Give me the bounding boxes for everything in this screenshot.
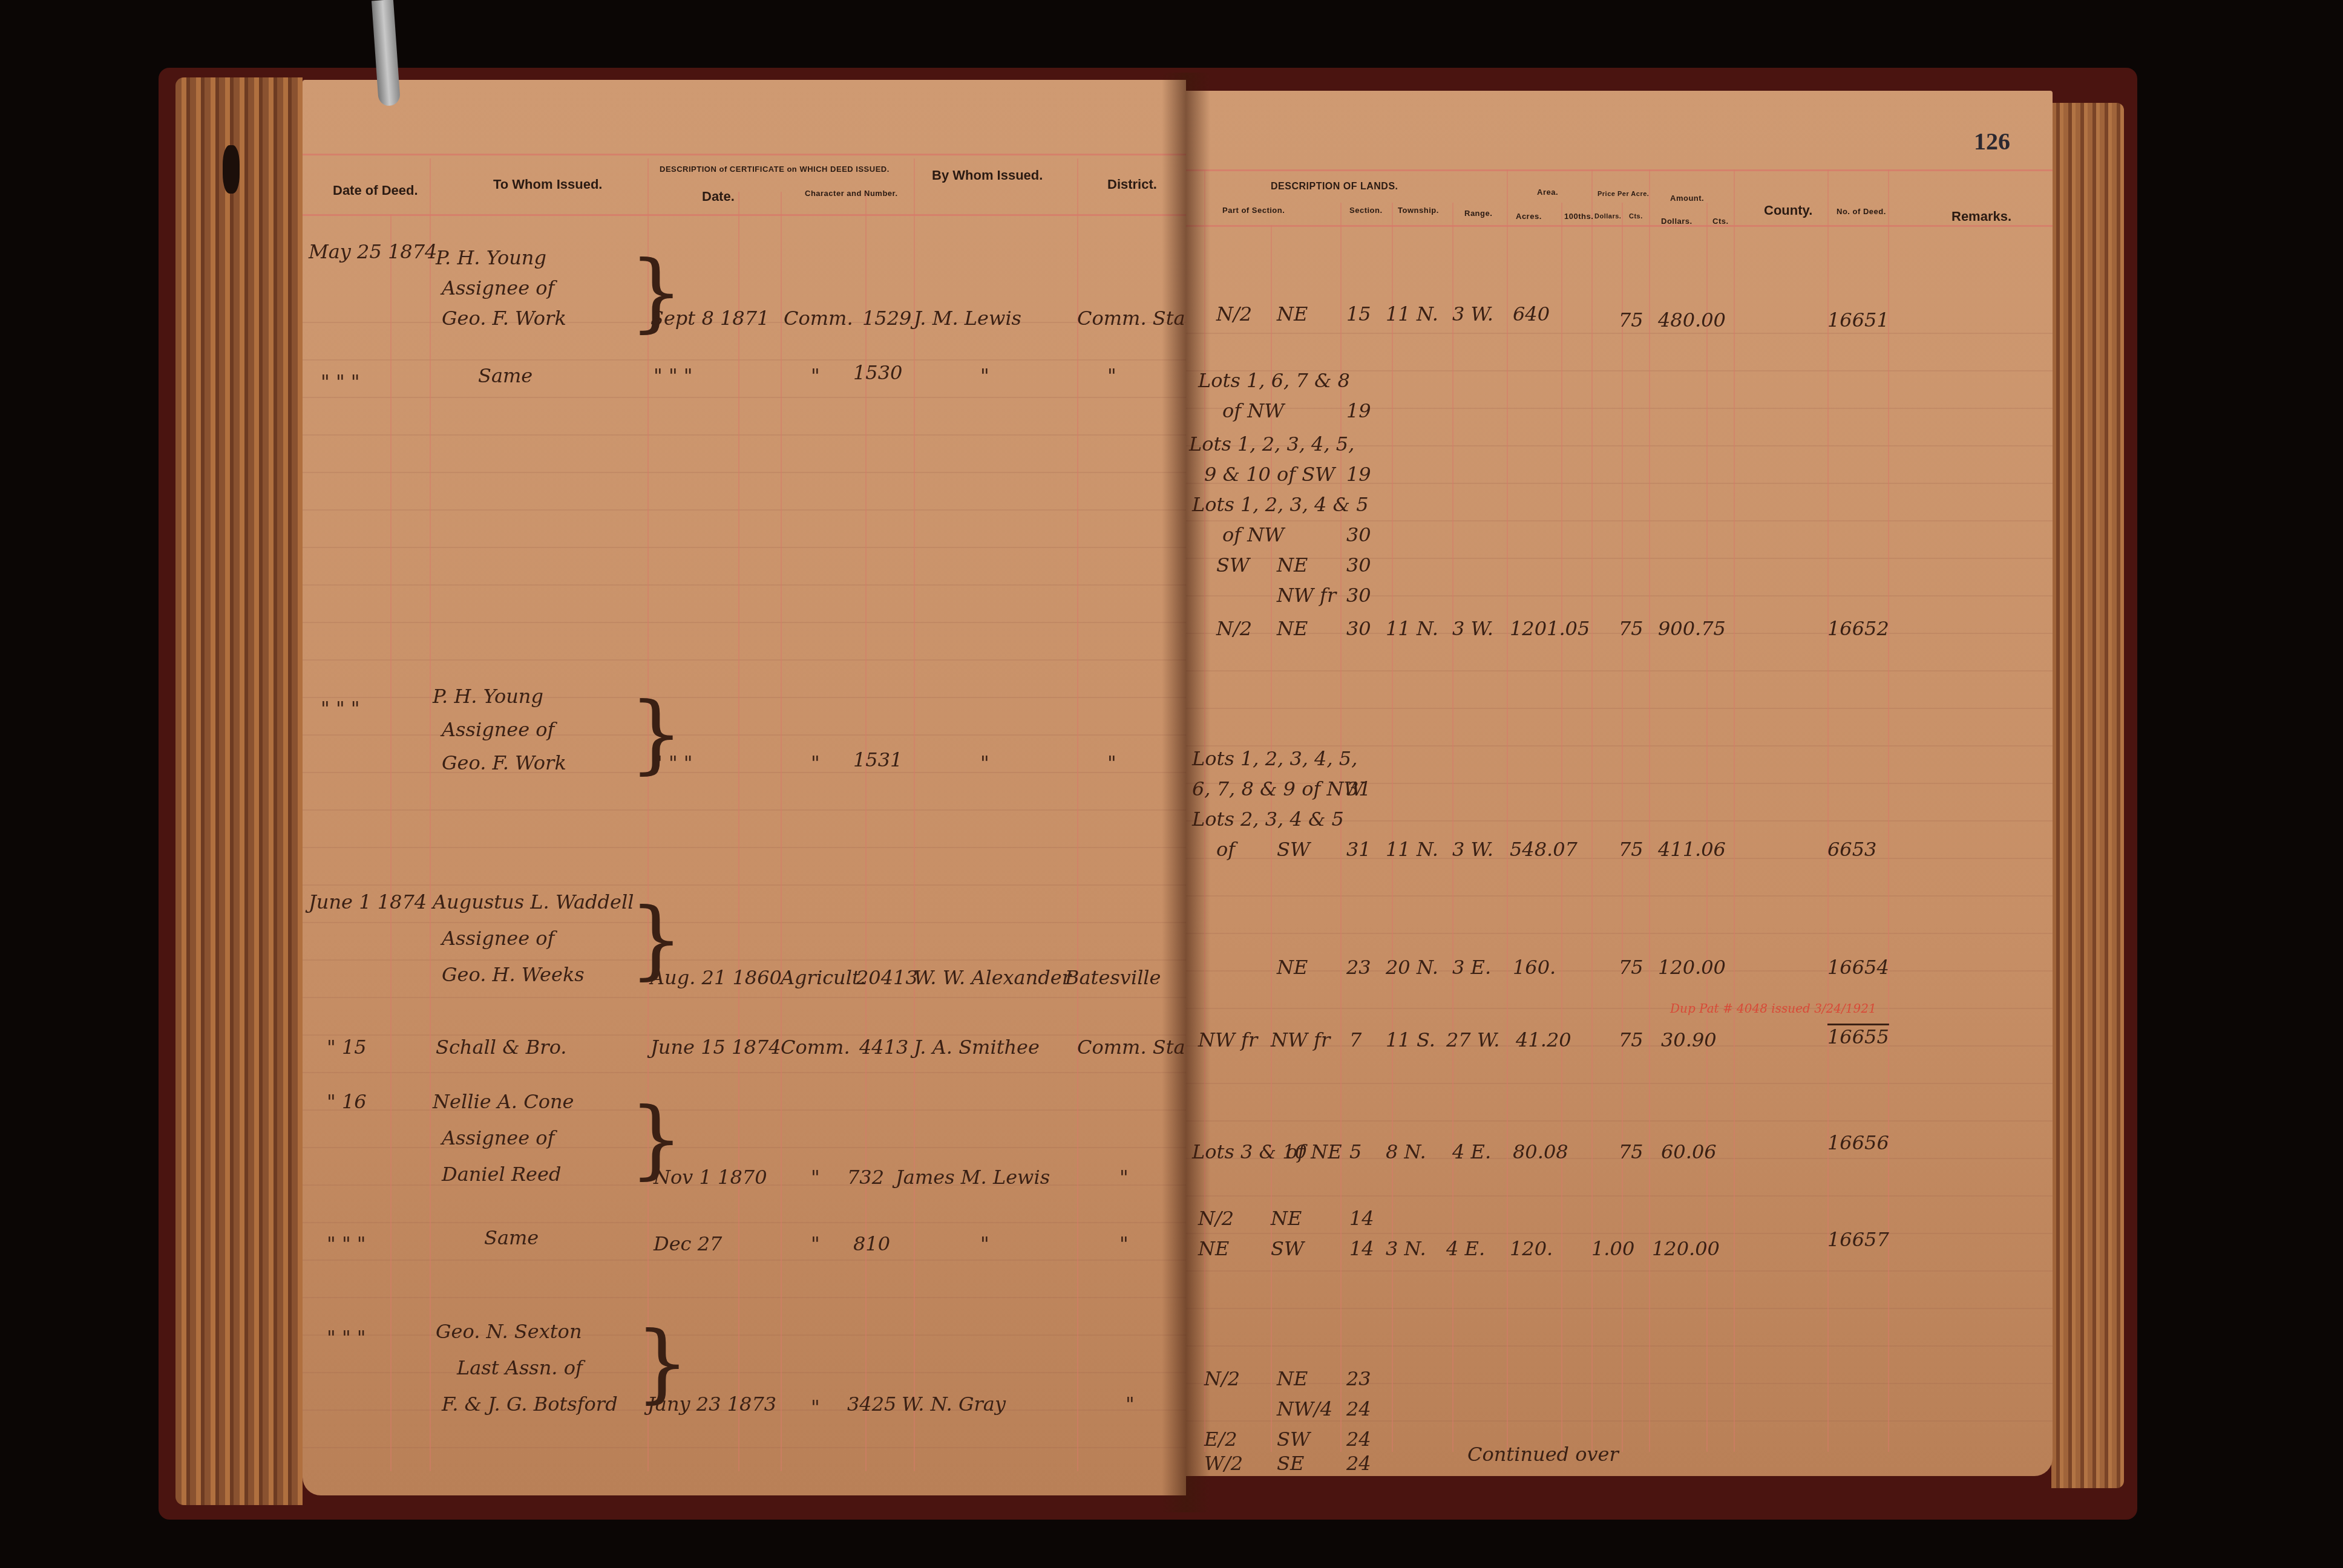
entry-3-district: " xyxy=(1107,751,1116,774)
entry-8-land-1-section: 23 xyxy=(1346,1367,1371,1390)
entry-2-land-1-part: Lots 1, 6, 7 & 8 xyxy=(1198,369,1350,392)
entry-7-range: 4 E. xyxy=(1446,1237,1485,1260)
entry-2-land-5-section: 30 xyxy=(1346,584,1371,607)
entry-8-district: " xyxy=(1126,1393,1135,1416)
header-price-cts: Cts. xyxy=(1629,213,1643,220)
entry-4-township: 20 N. xyxy=(1386,956,1438,979)
entry-7-deed-no: 16657 xyxy=(1827,1228,1889,1251)
entry-2-acres: 1201.05 xyxy=(1510,617,1590,640)
entry-5-deed-no: 16655 xyxy=(1827,1025,1889,1048)
entry-6-grantee-line2: Assignee of xyxy=(442,1126,554,1149)
entry-1-grantee-line2: Assignee of xyxy=(442,276,554,299)
header-remarks: Remarks. xyxy=(1951,209,2011,224)
entry-5-part: NW fr xyxy=(1198,1028,1257,1051)
entry-5-by-whom: J. A. Smithee xyxy=(914,1036,1040,1059)
entry-5-amount: 30.90 xyxy=(1661,1028,1717,1051)
entry-7-amount: 120.00 xyxy=(1652,1237,1720,1260)
entry-5-range: 27 W. xyxy=(1446,1028,1499,1051)
entry-4-range: 3 E. xyxy=(1452,956,1491,979)
entry-4-section: 23 xyxy=(1346,956,1371,979)
header-date-of-deed: Date of Deed. xyxy=(333,183,418,198)
entry-7-township: 3 N. xyxy=(1386,1237,1426,1260)
entry-2-district: " xyxy=(1107,364,1116,387)
entry-6-township: 8 N. xyxy=(1386,1140,1426,1163)
entry-3-land-2-part: 6, 7, 8 & 9 of NW xyxy=(1192,777,1363,800)
entry-7-district: " xyxy=(1119,1232,1129,1255)
entry-2-land-4-part: SW xyxy=(1216,554,1250,577)
entry-3-land-4-part: of xyxy=(1216,838,1235,861)
entry-2-range: 3 W. xyxy=(1452,617,1493,640)
entry-1-cert-date: Sept 8 1871 xyxy=(650,307,769,330)
entry-8-land-4-part: W/2 xyxy=(1204,1452,1243,1475)
entry-8-land-3-part: E/2 xyxy=(1204,1428,1237,1451)
entry-3-cert-date: " " " xyxy=(654,751,693,774)
entry-5-quarter: NW fr xyxy=(1271,1028,1330,1051)
entry-2-township: 11 N. xyxy=(1386,617,1438,640)
left-page: Date of Deed. To Whom Issued. DESCRIPTIO… xyxy=(303,80,1186,1495)
entry-1-character: Comm. xyxy=(784,307,853,330)
entry-1-date-of-deed: May 25 1874 xyxy=(309,240,437,263)
entry-8-number: 3425 xyxy=(847,1393,896,1416)
header-price-group: Price Per Acre. xyxy=(1597,191,1649,198)
entry-2-land-3-section: 30 xyxy=(1346,523,1371,546)
entry-4-character: Agricult. xyxy=(781,966,866,989)
ink-stain xyxy=(223,145,240,194)
header-amount-cts: Cts. xyxy=(1712,217,1729,226)
entry-3-grantee: P. H. Young xyxy=(433,685,543,708)
entry-2-by-whom: " xyxy=(980,364,989,387)
entry-7-land-2-part: NE xyxy=(1198,1237,1229,1260)
entry-4-grantee: Augustus L. Waddell xyxy=(433,890,634,913)
entry-8-grantee: Geo. N. Sexton xyxy=(436,1320,582,1343)
entry-7-date-of-deed: " " " xyxy=(327,1232,366,1255)
page-edges-left xyxy=(175,77,303,1505)
entry-1-quarter: NE xyxy=(1277,302,1308,325)
entry-7-land-1-section: 14 xyxy=(1349,1207,1374,1230)
header-certificate-group: DESCRIPTION of CERTIFICATE on WHICH DEED… xyxy=(660,165,890,174)
entry-3-land-4-section: 31 xyxy=(1346,838,1371,861)
header-acres: Acres. xyxy=(1516,212,1542,221)
entry-5-price: 75 xyxy=(1619,1028,1643,1051)
entry-7-land-1-quarter: NE xyxy=(1271,1207,1302,1230)
entry-7-number: 810 xyxy=(853,1232,890,1255)
entry-3-date-of-deed: " " " xyxy=(321,697,360,720)
entry-3-township: 11 N. xyxy=(1386,838,1438,861)
header-range: Range. xyxy=(1464,209,1492,218)
entry-6-amount: 60.06 xyxy=(1661,1140,1717,1163)
entry-6-price: 75 xyxy=(1619,1140,1643,1163)
entry-8-land-3-section: 24 xyxy=(1346,1428,1371,1451)
header-hundredths: 100ths. xyxy=(1564,212,1593,221)
entry-2-land-2-quarter: 9 & 10 of SW xyxy=(1204,463,1335,486)
entry-5-grantee: Schall & Bro. xyxy=(436,1036,567,1059)
entry-8-land-4-quarter: SE xyxy=(1277,1452,1304,1475)
entry-2-deed-no: 16652 xyxy=(1827,617,1889,640)
entry-2-land-2-part: Lots 1, 2, 3, 4, 5, xyxy=(1189,433,1354,456)
entry-1-part: N/2 xyxy=(1216,302,1252,325)
entry-1-price: 75 xyxy=(1619,309,1643,332)
entry-6-character: " xyxy=(811,1166,820,1189)
entry-1-section: 15 xyxy=(1346,302,1371,325)
entry-8-by-whom: W. N. Gray xyxy=(902,1393,1006,1416)
entry-3-amount: 411.06 xyxy=(1658,838,1726,861)
entry-5-red-remark: Dup Pat # 4048 issued 3/24/1921 xyxy=(1670,1001,1876,1016)
entry-3-deed-no: 6653 xyxy=(1827,838,1876,861)
entry-6-grantee: Nellie A. Cone xyxy=(433,1090,574,1113)
entry-4-grantee-line2: Assignee of xyxy=(442,927,554,950)
entry-5-acres: 41.20 xyxy=(1516,1028,1571,1051)
entry-2-cert-date: " " " xyxy=(654,364,693,387)
header-district: District. xyxy=(1107,177,1157,192)
entry-3-by-whom: " xyxy=(980,751,989,774)
entry-8-date-of-deed: " " " xyxy=(327,1326,366,1349)
entry-1-township: 11 N. xyxy=(1386,302,1438,325)
entry-2-amount: 900.75 xyxy=(1658,617,1726,640)
header-township: Township. xyxy=(1398,206,1439,215)
entry-8-grantee-line2: Last Assn. of xyxy=(457,1356,583,1379)
entry-6-deed-no: 16656 xyxy=(1827,1131,1889,1154)
entry-2-land-5-quarter: NW fr xyxy=(1277,584,1336,607)
page-number: 126 xyxy=(1974,127,2010,155)
entry-2-land-1-quarter: of NW xyxy=(1222,399,1284,422)
entry-2-price: 75 xyxy=(1619,617,1643,640)
entry-2-character: " xyxy=(811,364,820,387)
entry-8-land-1-quarter: NE xyxy=(1277,1367,1308,1390)
entry-4-quarter: NE xyxy=(1277,956,1308,979)
entry-2-land-4-quarter: NE xyxy=(1277,554,1308,577)
entry-4-acres: 160. xyxy=(1513,956,1556,979)
entry-6-date-of-deed: " 16 xyxy=(327,1090,367,1113)
entry-1-by-whom: J. M. Lewis xyxy=(914,307,1021,330)
header-cert-date: Date. xyxy=(702,189,735,204)
entry-1-range: 3 W. xyxy=(1452,302,1493,325)
entry-8-grantee-line3: F. & J. G. Botsford xyxy=(442,1393,618,1416)
entry-7-price: 1.00 xyxy=(1591,1237,1634,1260)
entry-4-district: Batesville xyxy=(1065,966,1161,989)
entry-3-land-4-quarter: SW xyxy=(1277,838,1310,861)
continued-over-note: Continued over xyxy=(1467,1443,1619,1466)
entry-5-character: Comm. xyxy=(781,1036,850,1059)
entry-6-range: 4 E. xyxy=(1452,1140,1491,1163)
entry-2-land-2-section: 19 xyxy=(1346,463,1371,486)
entry-3-grantee-line2: Assignee of xyxy=(442,718,554,741)
header-character-number: Character and Number. xyxy=(805,189,898,198)
entry-5-township: 11 S. xyxy=(1386,1028,1435,1051)
entry-7-land-1-part: N/2 xyxy=(1198,1207,1234,1230)
entry-1-grantee-line3: Geo. F. Work xyxy=(442,307,566,330)
entry-7-acres: 120. xyxy=(1510,1237,1553,1260)
entry-3-land-2-section: 31 xyxy=(1346,777,1371,800)
entry-6-grantee-line3: Daniel Reed xyxy=(442,1163,561,1186)
entry-7-by-whom: " xyxy=(980,1232,989,1255)
entry-8-character: " xyxy=(811,1396,820,1419)
header-by-whom-issued: By Whom Issued. xyxy=(932,168,1043,183)
entry-1-grantee: P. H. Young xyxy=(436,246,546,269)
entry-5-number: 4413 xyxy=(859,1036,908,1059)
entry-3-range: 3 W. xyxy=(1452,838,1493,861)
entry-5-district: Comm. State xyxy=(1077,1036,1186,1059)
header-area-group: Area. xyxy=(1537,188,1558,197)
entry-4-by-whom: W. W. Alexander xyxy=(914,966,1071,989)
entry-8-land-4-section: 24 xyxy=(1346,1452,1371,1475)
entry-4-grantee-line3: Geo. H. Weeks xyxy=(442,963,585,986)
entry-7-land-2-section: 14 xyxy=(1349,1237,1374,1260)
header-price-dollars: Dollars. xyxy=(1594,213,1621,220)
header-part-of-section: Part of Section. xyxy=(1222,206,1285,215)
entry-4-deed-no: 16654 xyxy=(1827,956,1889,979)
entry-7-grantee: Same xyxy=(484,1226,539,1249)
entry-6-section: 5 xyxy=(1349,1140,1362,1163)
entry-2-land-4-section: 30 xyxy=(1346,554,1371,577)
entry-2-land-3-quarter: of NW xyxy=(1222,523,1284,546)
header-to-whom-issued: To Whom Issued. xyxy=(493,177,602,192)
entry-3-land-3-part: Lots 2, 3, 4 & 5 xyxy=(1192,808,1344,831)
entry-6-district: " xyxy=(1119,1166,1129,1189)
entry-1-acres: 640 xyxy=(1513,302,1550,325)
header-amount-dollars: Dollars. xyxy=(1661,217,1693,226)
entry-8-land-2-quarter: NW/4 xyxy=(1277,1397,1332,1420)
entry-1-district: Comm. State xyxy=(1077,307,1186,330)
entry-4-amount: 120.00 xyxy=(1658,956,1726,979)
entry-7-character: " xyxy=(811,1232,820,1255)
entry-1-amount: 480.00 xyxy=(1658,309,1726,332)
entry-2-grantee: Same xyxy=(478,364,532,387)
header-lands-group: DESCRIPTION OF LANDS. xyxy=(1271,181,1398,192)
entry-2-land-6-quarter: NE xyxy=(1277,617,1308,640)
entry-3-character: " xyxy=(811,751,820,774)
entry-2-date-of-deed: " " " xyxy=(321,370,360,393)
entry-8-land-1-part: N/2 xyxy=(1204,1367,1240,1390)
entry-4-cert-date: Aug. 21 1860 xyxy=(650,966,782,989)
entry-1-deed-no: 16651 xyxy=(1827,309,1889,332)
entry-4-date-of-deed: June 1 1874 xyxy=(309,890,427,913)
entry-6-quarter: of NE xyxy=(1286,1140,1342,1163)
entry-2-land-6-section: 30 xyxy=(1346,617,1371,640)
header-no-of-deed: No. of Deed. xyxy=(1837,207,1886,216)
entry-8-cert-date: Jany 23 1873 xyxy=(647,1393,776,1416)
entry-2-land-1-section: 19 xyxy=(1346,399,1371,422)
entry-6-number: 732 xyxy=(847,1166,884,1189)
entry-2-land-6-part: N/2 xyxy=(1216,617,1252,640)
entry-4-number: 20413 xyxy=(856,966,918,989)
entry-3-number: 1531 xyxy=(853,748,902,771)
entry-5-date-of-deed: " 15 xyxy=(327,1036,367,1059)
entry-7-land-2-quarter: SW xyxy=(1271,1237,1304,1260)
entry-2-land-3-part: Lots 1, 2, 3, 4 & 5 xyxy=(1192,493,1369,516)
entry-8-land-2-section: 24 xyxy=(1346,1397,1371,1420)
entry-3-land-1-part: Lots 1, 2, 3, 4, 5, xyxy=(1192,747,1357,770)
header-amount-group: Amount. xyxy=(1670,194,1704,203)
entry-8-land-3-quarter: SW xyxy=(1277,1428,1310,1451)
page-edges-right xyxy=(2051,103,2124,1488)
entry-3-price: 75 xyxy=(1619,838,1643,861)
entry-6-acres: 80.08 xyxy=(1513,1140,1568,1163)
entry-6-by-whom: James M. Lewis xyxy=(896,1166,1050,1189)
right-page: 126 DESCRIPTION OF LANDS. Part of Sectio… xyxy=(1186,91,2053,1476)
entry-6-cert-date: Nov 1 1870 xyxy=(654,1166,767,1189)
entry-3-grantee-line3: Geo. F. Work xyxy=(442,751,566,774)
header-section: Section. xyxy=(1349,206,1383,215)
entry-5-section: 7 xyxy=(1349,1028,1362,1051)
entry-5-cert-date: June 15 1874 xyxy=(650,1036,781,1059)
header-county: County. xyxy=(1764,203,1812,218)
entry-2-number: 1530 xyxy=(853,361,902,384)
entry-7-cert-date: Dec 27 xyxy=(654,1232,722,1255)
entry-1-number: 1529 xyxy=(862,307,911,330)
entry-3-acres: 548.07 xyxy=(1510,838,1578,861)
entry-4-price: 75 xyxy=(1619,956,1643,979)
